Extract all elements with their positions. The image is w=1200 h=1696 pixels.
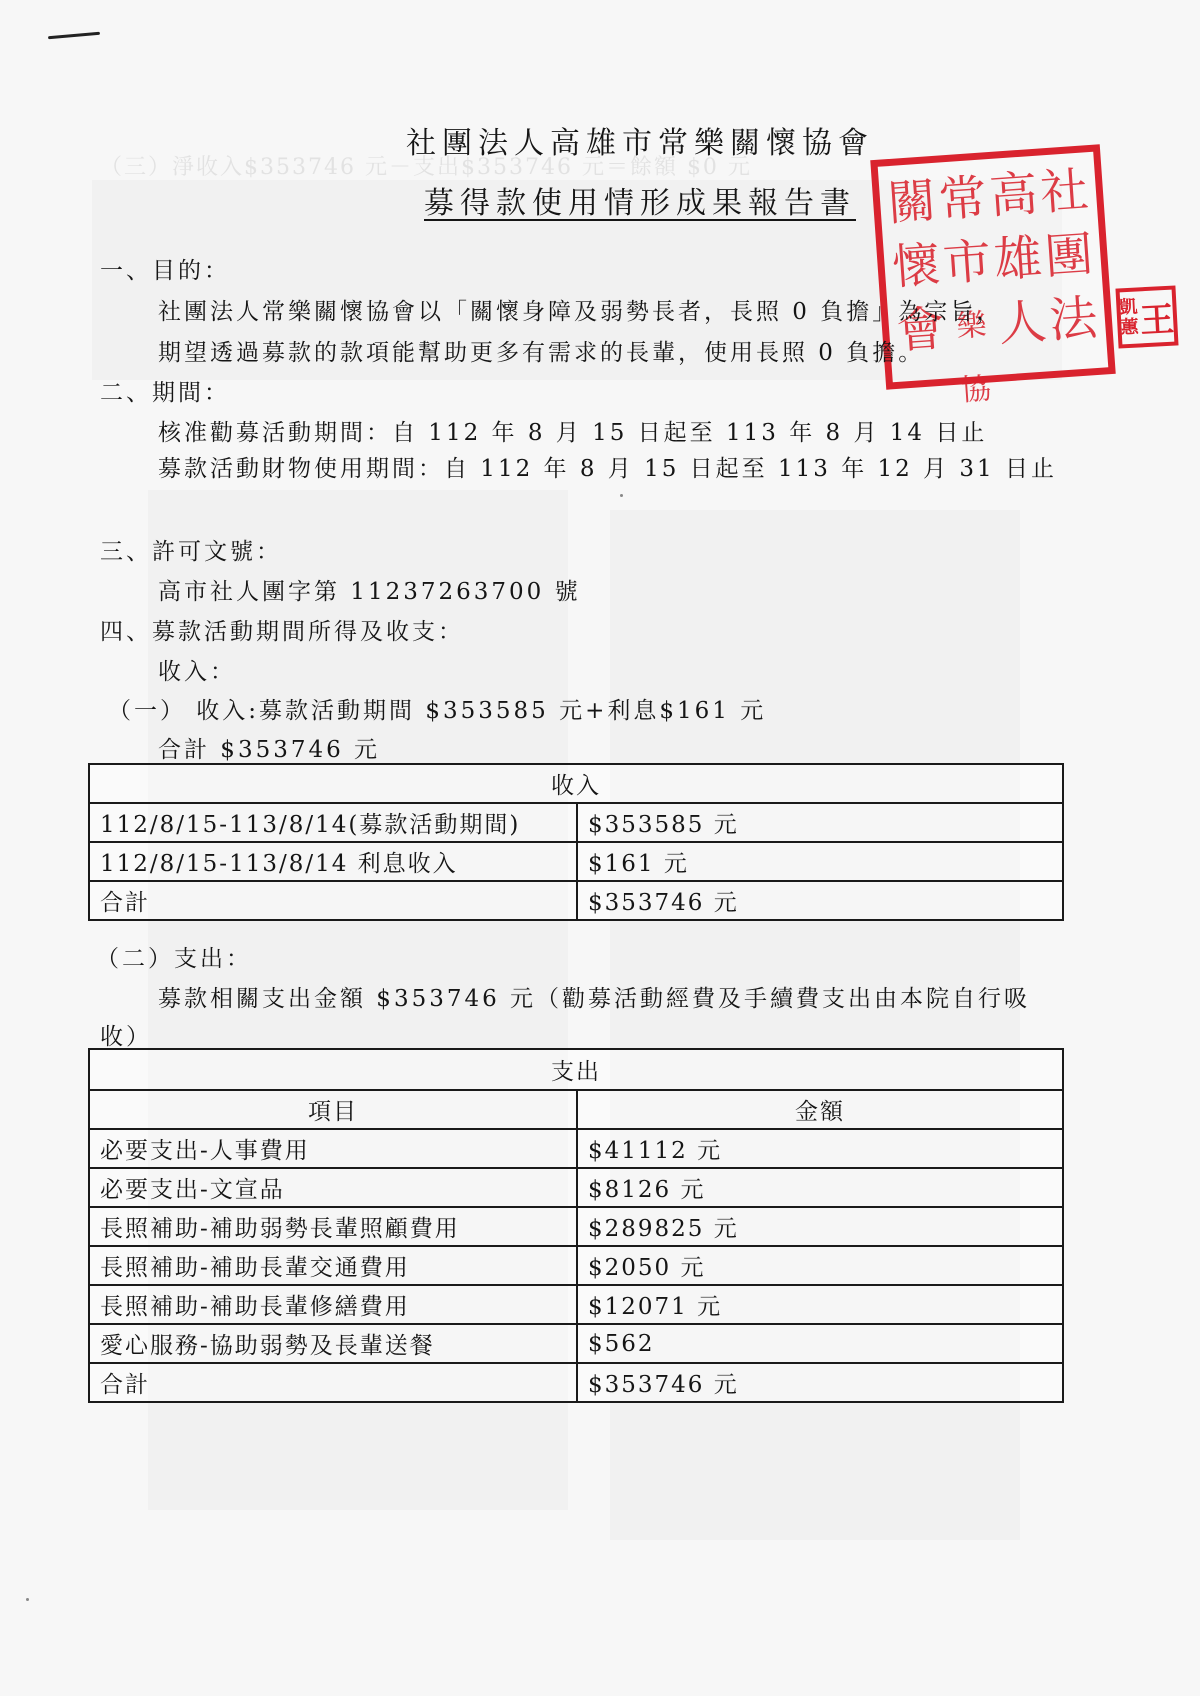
table-row: 長照補助-補助弱勢長輩照顧費用 $289825 元: [89, 1207, 1063, 1246]
expense-item: 長照補助-補助長輩交通費用: [89, 1246, 577, 1285]
income-total: 合計 $353746 元: [158, 731, 380, 764]
personal-seal: 王 凱 蕙: [1115, 285, 1178, 348]
expense-amount: $12071 元: [577, 1285, 1063, 1324]
expense-item: 必要支出-人事費用: [89, 1129, 577, 1168]
table-row: 112/8/15-113/8/14(募款活動期間) $353585 元: [89, 803, 1063, 842]
table-row-total: 合計 $353746 元: [89, 1363, 1063, 1402]
expense-amount: $2050 元: [577, 1246, 1063, 1285]
expense-total-label: 合計: [89, 1363, 577, 1402]
usage-period: 募款活動財物使用期間：自 112 年 8 月 15 日起至 113 年 12 月…: [158, 450, 1057, 483]
table-row-total: 合計 $353746 元: [89, 881, 1063, 920]
pen-mark: [48, 32, 100, 40]
income-label: 收入：: [158, 653, 236, 686]
expense-table: 支出 項目 金額 必要支出-人事費用 $41112 元 必要支出-文宣品 $81…: [88, 1048, 1064, 1403]
table-header-row: 項目 金額: [89, 1090, 1063, 1129]
expense-item: 長照補助-補助長輩修繕費用: [89, 1285, 577, 1324]
table-row: 112/8/15-113/8/14 利息收入 $161 元: [89, 842, 1063, 881]
expense-amount: $289825 元: [577, 1207, 1063, 1246]
purpose-text-1: 社團法人常樂關懷協會以「關懷身障及弱勢長者，長照 0 負擔」為宗旨，: [158, 293, 1002, 326]
table-row: 長照補助-補助長輩修繕費用 $12071 元: [89, 1285, 1063, 1324]
table-row: 必要支出-文宣品 $8126 元: [89, 1168, 1063, 1207]
purpose-text-2: 期望透過募款的款項能幫助更多有需求的長輩，使用長照 0 負擔。: [158, 334, 924, 367]
table-row: 必要支出-人事費用 $41112 元: [89, 1129, 1063, 1168]
expense-amount: $562: [577, 1324, 1063, 1363]
approved-period: 核准勸募活動期間：自 112 年 8 月 15 日起至 113 年 8 月 14…: [158, 414, 987, 447]
income-item: 112/8/15-113/8/14(募款活動期間): [89, 803, 577, 842]
income-table: 收入 112/8/15-113/8/14(募款活動期間) $353585 元 1…: [88, 763, 1064, 921]
table-row: 愛心服務-協助弱勢及長輩送餐 $562: [89, 1324, 1063, 1363]
table-row: 長照補助-補助長輩交通費用 $2050 元: [89, 1246, 1063, 1285]
income-total-label: 合計: [89, 881, 577, 920]
permit-number: 高市社人團字第 11237263700 號: [158, 573, 581, 606]
table-caption-row: 支出: [89, 1049, 1063, 1090]
permit-heading: 三、許可文號：: [100, 533, 282, 566]
income-amount: $353585 元: [577, 803, 1063, 842]
table-caption-row: 收入: [89, 764, 1063, 803]
expense-item: 愛心服務-協助弱勢及長輩送餐: [89, 1324, 577, 1363]
column-header-amount: 金額: [577, 1090, 1063, 1129]
finance-heading: 四、募款活動期間所得及收支：: [100, 613, 464, 646]
income-amount: $161 元: [577, 842, 1063, 881]
scan-speck: [26, 1598, 29, 1601]
income-total-amount: $353746 元: [577, 881, 1063, 920]
income-caption: 收入: [89, 764, 1063, 803]
expense-heading: （二）支出：: [96, 940, 252, 973]
expense-summary-2: 收）: [100, 1018, 152, 1051]
expense-item: 長照補助-補助弱勢長輩照顧費用: [89, 1207, 577, 1246]
purpose-heading: 一、目的：: [100, 252, 230, 285]
expense-caption: 支出: [89, 1049, 1063, 1090]
expense-summary-1: 募款相關支出金額 $353746 元（勸募活動經費及手續費支出由本院自行吸: [158, 980, 1030, 1013]
expense-total-amount: $353746 元: [577, 1363, 1063, 1402]
scan-speck: [620, 494, 623, 497]
income-item: 112/8/15-113/8/14 利息收入: [89, 842, 577, 881]
income-summary: （一） 收入:募款活動期間 $353585 元+利息$161 元: [108, 692, 766, 725]
expense-amount: $8126 元: [577, 1168, 1063, 1207]
expense-amount: $41112 元: [577, 1129, 1063, 1168]
period-heading: 二、期間：: [100, 374, 230, 407]
column-header-item: 項目: [89, 1090, 577, 1129]
expense-item: 必要支出-文宣品: [89, 1168, 577, 1207]
